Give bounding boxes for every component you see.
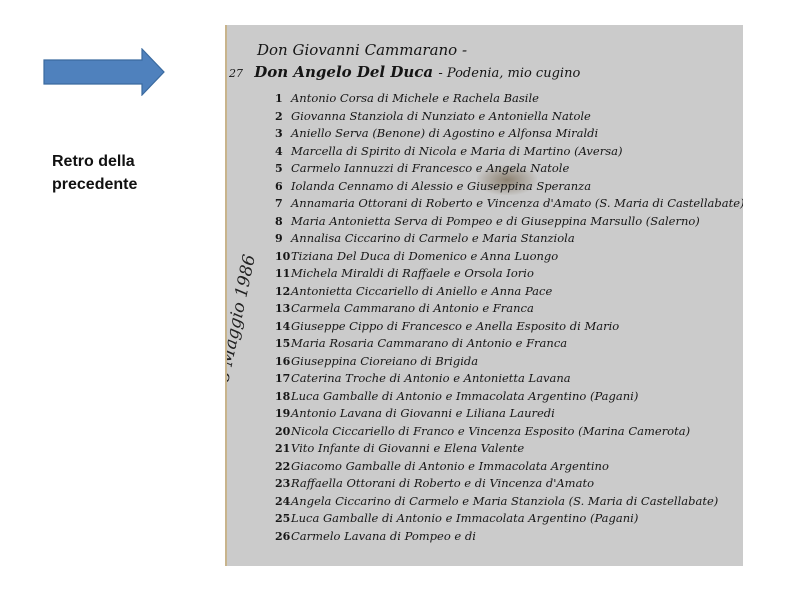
list-item: 18Luca Gamballe di Antonio e Immacolata … xyxy=(275,389,743,407)
header-name: Don Angelo Del Duca xyxy=(254,63,433,81)
list-item: 3Aniello Serva (Benone) di Agostino e Al… xyxy=(275,126,743,144)
slide-caption: Retro della precedente xyxy=(52,150,202,196)
list-item: 11Michela Miraldi di Raffaele e Orsola I… xyxy=(275,266,743,284)
list-item: 5Carmelo Iannuzzi di Francesco e Angela … xyxy=(275,161,743,179)
list-item: 25Luca Gamballe di Antonio e Immacolata … xyxy=(275,511,743,529)
list-item: 13Carmela Cammarano di Antonio e Franca xyxy=(275,301,743,319)
list-item: 9Annalisa Ciccarino di Carmelo e Maria S… xyxy=(275,231,743,249)
list-item: 4Marcella di Spirito di Nicola e Maria d… xyxy=(275,144,743,162)
list-item: 24Angela Ciccarino di Carmelo e Maria St… xyxy=(275,494,743,512)
header-note: - Podenia, mio cugino xyxy=(438,66,580,81)
list-item: 1Antonio Corsa di Michele e Rachela Basi… xyxy=(275,91,743,109)
list-item: 26Carmelo Lavana di Pompeo e di xyxy=(275,529,743,547)
list-item: 12Antonietta Ciccariello di Aniello e An… xyxy=(275,284,743,302)
list-item: 21Vito Infante di Giovanni e Elena Valen… xyxy=(275,441,743,459)
list-item: 2Giovanna Stanziola di Nunziato e Antoni… xyxy=(275,109,743,127)
list-item: 6Iolanda Cennamo di Alessio e Giuseppina… xyxy=(275,179,743,197)
list-item: 8Maria Antonietta Serva di Pompeo e di G… xyxy=(275,214,743,232)
entries-list: 1Antonio Corsa di Michele e Rachela Basi… xyxy=(275,91,743,546)
document-header-line-1: Don Giovanni Cammarano - xyxy=(257,41,467,59)
handwritten-document-scan: Don Giovanni Cammarano - 27 Don Angelo D… xyxy=(225,25,743,566)
list-item: 20Nicola Ciccariello di Franco e Vincenz… xyxy=(275,424,743,442)
list-item: 17Caterina Troche di Antonio e Antoniett… xyxy=(275,371,743,389)
list-item: 23Raffaella Ottorani di Roberto e di Vin… xyxy=(275,476,743,494)
caption-line-2: precedente xyxy=(52,173,202,196)
caption-line-1: Retro della xyxy=(52,150,202,173)
list-item: 22Giacomo Gamballe di Antonio e Immacola… xyxy=(275,459,743,477)
list-item: 7Annamaria Ottorani di Roberto e Vincenz… xyxy=(275,196,743,214)
side-note-date: Centola 8 Maggio 1986 xyxy=(225,248,261,384)
right-arrow-icon xyxy=(43,48,165,96)
document-header-line-2: 27 Don Angelo Del Duca - Podenia, mio cu… xyxy=(229,63,580,81)
list-item: 14Giuseppe Cippo di Francesco e Anella E… xyxy=(275,319,743,337)
list-item: 15Maria Rosaria Cammarano di Antonio e F… xyxy=(275,336,743,354)
list-item: 19Antonio Lavana di Giovanni e Liliana L… xyxy=(275,406,743,424)
header-number: 27 xyxy=(229,67,243,80)
list-item: 16Giuseppina Cioreiano di Brigida xyxy=(275,354,743,372)
list-item: 10Tiziana Del Duca di Domenico e Anna Lu… xyxy=(275,249,743,267)
